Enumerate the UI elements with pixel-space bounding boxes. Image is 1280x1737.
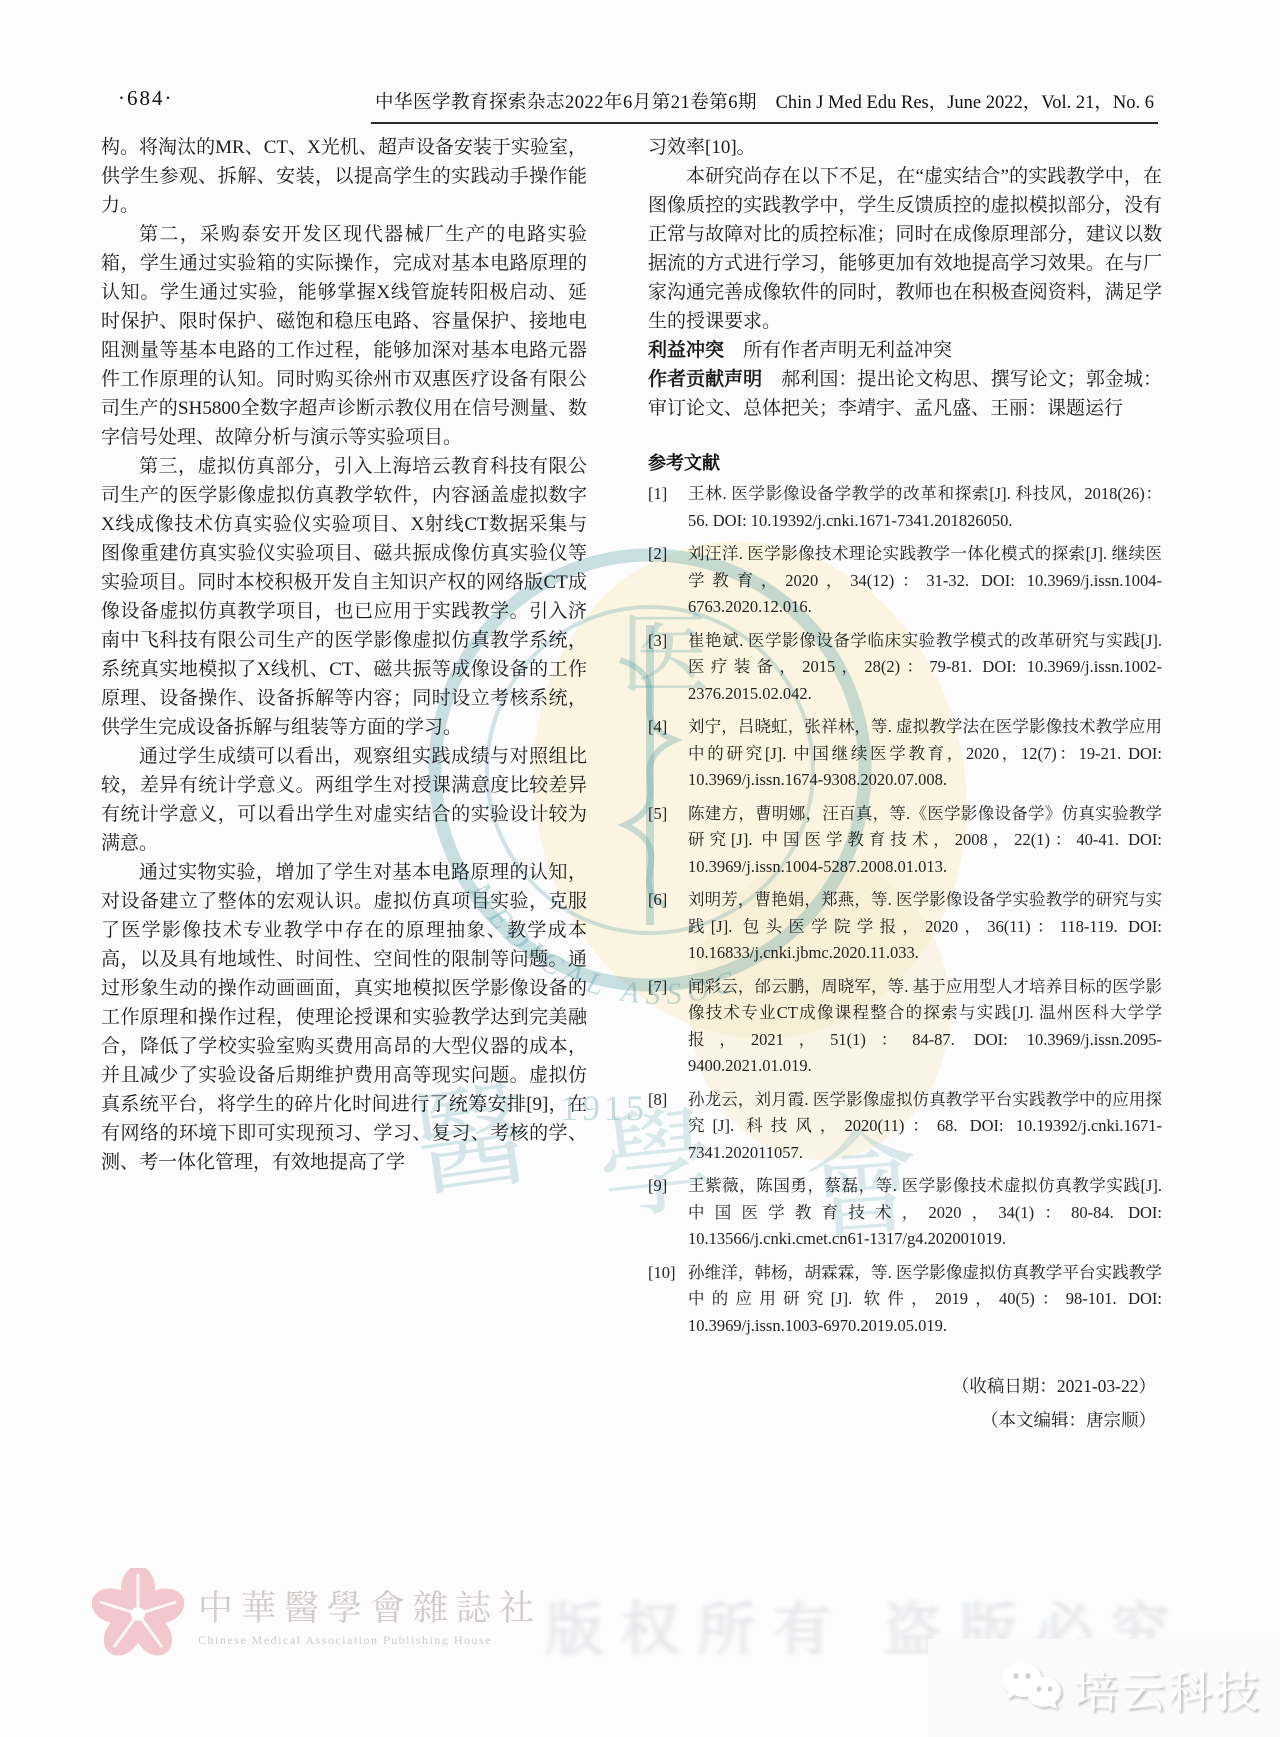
body-paragraph: 本研究尚存在以下不足，在“虚实结合”的实践教学中，在图像质控的实践教学中，学生反… bbox=[648, 162, 1162, 336]
body-paragraph: 通过实物实验，增加了学生对基本电路原理的认知，对设备建立了整体的宏观认识。虚拟仿… bbox=[101, 858, 587, 1177]
body-paragraph: 习效率[10]。 bbox=[648, 133, 1162, 162]
references-list: [1]王林. 医学影像设备学教学的改革和探索[J]. 科技风，2018(26)：… bbox=[648, 481, 1162, 1339]
reference-number: [7] bbox=[648, 974, 688, 1001]
conflict-of-interest-statement: 利益冲突 所有作者声明无利益冲突 bbox=[648, 336, 1162, 365]
right-column: 习效率[10]。 本研究尚存在以下不足，在“虚实结合”的实践教学中，在图像质控的… bbox=[648, 133, 1162, 1437]
reference-text: 刘汪洋. 医学影像技术理论实践教学一体化模式的探索[J]. 继续医学教育，202… bbox=[688, 541, 1162, 621]
journal-title-cn: 中华医学教育探索杂志2022年6月第21卷第6期 bbox=[375, 93, 757, 113]
reference-number: [6] bbox=[648, 887, 688, 914]
body-paragraph: 第二，采购泰安开发区现代器械厂生产的电路实验箱，学生通过实验箱的实际操作，完成对… bbox=[101, 220, 587, 452]
author-contribution-statement: 作者贡献声明 郝利国：提出论文构思、撰写论文；郭金城：审订论文、总体把关；李靖宇… bbox=[648, 365, 1162, 423]
reference-text: 闻彩云，邰云鹏，周晓军，等. 基于应用型人才培养目标的医学影像技术专业CT成像课… bbox=[688, 974, 1162, 1080]
body-paragraph: 构。将淘汰的MR、CT、X光机、超声设备安装于实验室，供学生参观、拆解、安装，以… bbox=[101, 133, 587, 220]
left-column: 构。将淘汰的MR、CT、X光机、超声设备安装于实验室，供学生参观、拆解、安装，以… bbox=[101, 133, 587, 1177]
reference-item: [10]孙维洋，韩杨，胡霖霖，等. 医学影像虚拟仿真教学平台实践教学中的应用研究… bbox=[648, 1260, 1162, 1340]
reference-item: [1]王林. 医学影像设备学教学的改革和探索[J]. 科技风，2018(26)：… bbox=[648, 481, 1162, 534]
reference-number: [4] bbox=[648, 714, 688, 741]
vendor-badge: 培云科技 bbox=[928, 1639, 1280, 1737]
reference-item: [5]陈建方，曹明娜，汪百真，等.《医学影像设备学》仿真实验教学研究[J]. 中… bbox=[648, 801, 1162, 881]
reference-number: [9] bbox=[648, 1173, 688, 1200]
article-dateline: （收稿日期：2021-03-22） （本文编辑：唐宗顺） bbox=[648, 1369, 1162, 1437]
reference-text: 陈建方，曹明娜，汪百真，等.《医学影像设备学》仿真实验教学研究[J]. 中国医学… bbox=[688, 801, 1162, 881]
editor-note: （本文编辑：唐宗顺） bbox=[648, 1403, 1156, 1437]
journal-title-en: Chin J Med Edu Res，June 2022，Vol. 21，No.… bbox=[776, 93, 1154, 113]
plum-blossom-logo-icon bbox=[92, 1568, 184, 1660]
author-contribution-label: 作者贡献声明 bbox=[648, 369, 762, 390]
reference-item: [7]闻彩云，邰云鹏，周晓军，等. 基于应用型人才培养目标的医学影像技术专业CT… bbox=[648, 974, 1162, 1080]
reference-number: [10] bbox=[648, 1260, 688, 1287]
reference-item: [4]刘宁，吕晓虹，张祥林，等. 虚拟教学法在医学影像技术教学应用中的研究[J]… bbox=[648, 714, 1162, 794]
vendor-name: 培云科技 bbox=[1074, 1656, 1262, 1720]
conflict-of-interest-text: 所有作者声明无利益冲突 bbox=[724, 340, 952, 361]
publisher-name-english: Chinese Medical Association Publishing H… bbox=[198, 1633, 542, 1648]
received-date: （收稿日期：2021-03-22） bbox=[648, 1369, 1156, 1403]
reference-item: [9]王紫薇，陈国勇，蔡磊，等. 医学影像技术虚拟仿真教学实践[J]. 中国医学… bbox=[648, 1173, 1162, 1253]
reference-number: [3] bbox=[648, 628, 688, 655]
reference-text: 孙维洋，韩杨，胡霖霖，等. 医学影像虚拟仿真教学平台实践教学中的应用研究[J].… bbox=[688, 1260, 1162, 1340]
body-paragraph: 通过学生成绩可以看出，观察组实践成绩与对照组比较，差异有统计学意义。两组学生对授… bbox=[101, 742, 587, 858]
reference-text: 崔艳斌. 医学影像设备学临床实验教学模式的改革研究与实践[J]. 医疗装备，20… bbox=[688, 628, 1162, 708]
reference-text: 刘宁，吕晓虹，张祥林，等. 虚拟教学法在医学影像技术教学应用中的研究[J]. 中… bbox=[688, 714, 1162, 794]
reference-item: [2]刘汪洋. 医学影像技术理论实践教学一体化模式的探索[J]. 继续医学教育，… bbox=[648, 541, 1162, 621]
conflict-of-interest-label: 利益冲突 bbox=[648, 340, 724, 361]
reference-number: [5] bbox=[648, 801, 688, 828]
reference-item: [6]刘明芳，曹艳娟，郑燕，等. 医学影像设备学实验教学的研究与实践[J]. 包… bbox=[648, 887, 1162, 967]
reference-text: 孙龙云，刘月霞. 医学影像虚拟仿真教学平台实践教学中的应用探究[J]. 科技风，… bbox=[688, 1087, 1162, 1167]
journal-header: 中华医学教育探索杂志2022年6月第21卷第6期 Chin J Med Edu … bbox=[371, 88, 1158, 124]
references-heading: 参考文献 bbox=[648, 449, 1162, 475]
reference-number: [1] bbox=[648, 481, 688, 508]
publisher-name-calligraphy: 中華醫學會雜誌社 bbox=[198, 1581, 542, 1631]
reference-number: [2] bbox=[648, 541, 688, 568]
body-paragraph: 第三，虚拟仿真部分，引入上海培云教育科技有限公司生产的医学影像虚拟仿真教学软件，… bbox=[101, 452, 587, 742]
reference-item: [8]孙龙云，刘月霞. 医学影像虚拟仿真教学平台实践教学中的应用探究[J]. 科… bbox=[648, 1087, 1162, 1167]
reference-number: [8] bbox=[648, 1087, 688, 1114]
publisher-footer: 中華醫學會雜誌社 Chinese Medical Association Pub… bbox=[92, 1568, 542, 1660]
wechat-bubbles-icon bbox=[1000, 1659, 1064, 1717]
reference-item: [3]崔艳斌. 医学影像设备学临床实验教学模式的改革研究与实践[J]. 医疗装备… bbox=[648, 628, 1162, 708]
journal-page: MEDICAL ASSOC 1915 医 醫 學 會 ·684· 中华医学教育探… bbox=[0, 0, 1280, 1737]
publisher-name-block: 中華醫學會雜誌社 Chinese Medical Association Pub… bbox=[198, 1581, 542, 1648]
reference-text: 王林. 医学影像设备学教学的改革和探索[J]. 科技风，2018(26)：56.… bbox=[688, 481, 1162, 534]
reference-text: 王紫薇，陈国勇，蔡磊，等. 医学影像技术虚拟仿真教学实践[J]. 中国医学教育技… bbox=[688, 1173, 1162, 1253]
page-number: ·684· bbox=[118, 86, 174, 111]
reference-text: 刘明芳，曹艳娟，郑燕，等. 医学影像设备学实验教学的研究与实践[J]. 包头医学… bbox=[688, 887, 1162, 967]
